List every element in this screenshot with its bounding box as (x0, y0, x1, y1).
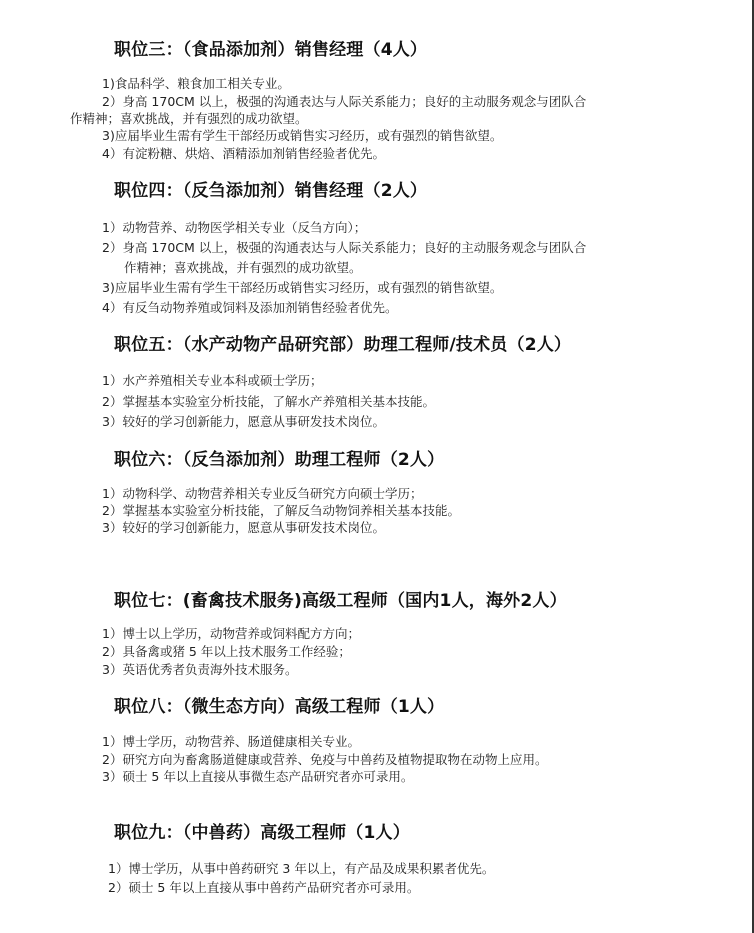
job-4-item-2: 2）身高 170CM 以上，极强的沟通表达与人际关系能力；良好的主动服务观念与团… (102, 239, 586, 256)
document-page: 职位三：（食品添加剂）销售经理（4人） 1)食品科学、粮食加工相关专业。 2）身… (0, 0, 754, 933)
job-3-item-3: 3)应届毕业生需有学生干部经历或销售实习经历，或有强烈的销售欲望。 (102, 127, 502, 144)
job-6-item-1: 1）动物科学、动物营养相关专业反刍研究方向硕士学历； (102, 485, 422, 502)
job-4-item-1: 1）动物营养、动物医学相关专业（反刍方向）； (102, 219, 366, 236)
job-9-item-2: 2）硕士 5 年以上直接从事中兽药产品研究者亦可录用。 (108, 879, 419, 896)
job-heading-6: 职位六：（反刍添加剂）助理工程师（2人） (114, 449, 444, 471)
job-4-item-3: 3)应届毕业生需有学生干部经历或销售实习经历，或有强烈的销售欲望。 (102, 279, 502, 296)
job-heading-8: 职位八：（微生态方向）高级工程师（1人） (114, 696, 444, 718)
job-5-item-3: 3）较好的学习创新能力，愿意从事研发技术岗位。 (102, 413, 385, 430)
job-5-item-1: 1）水产养殖相关专业本科或硕士学历； (102, 372, 322, 389)
job-8-item-3: 3）硕士 5 年以上直接从事微生态产品研究者亦可录用。 (102, 768, 413, 785)
job-6-item-3: 3）较好的学习创新能力，愿意从事研发技术岗位。 (102, 519, 385, 536)
job-heading-3: 职位三：（食品添加剂）销售经理（4人） (114, 39, 427, 61)
job-7-item-3: 3）英语优秀者负责海外技术服务。 (102, 661, 297, 678)
job-3-item-4: 4）有淀粉糖、烘焙、酒精添加剂销售经验者优先。 (102, 145, 385, 162)
job-3-item-1: 1)食品科学、粮食加工相关专业。 (102, 75, 290, 92)
job-9-item-1: 1）博士学历，从事中兽药研究 3 年以上，有产品及成果积累者优先。 (108, 860, 494, 877)
job-5-item-2: 2）掌握基本实验室分析技能，了解水产养殖相关基本技能。 (102, 393, 435, 410)
job-heading-9: 职位九：（中兽药）高级工程师（1人） (114, 822, 410, 844)
job-8-item-1: 1）博士学历，动物营养、肠道健康相关专业。 (102, 733, 360, 750)
job-4-item-2-cont: 作精神；喜欢挑战，并有强烈的成功欲望。 (124, 259, 362, 276)
job-4-item-4: 4）有反刍动物养殖或饲料及添加剂销售经验者优先。 (102, 299, 397, 316)
job-3-item-2-cont: 作精神；喜欢挑战，并有强烈的成功欲望。 (70, 110, 308, 127)
job-heading-7: 职位七：(畜禽技术服务)高级工程师（国内1人，海外2人） (114, 590, 567, 612)
job-heading-5: 职位五：（水产动物产品研究部）助理工程师/技术员（2人） (114, 334, 571, 356)
job-6-item-2: 2）掌握基本实验室分析技能，了解反刍动物饲养相关基本技能。 (102, 502, 460, 519)
job-3-item-2: 2）身高 170CM 以上，极强的沟通表达与人际关系能力；良好的主动服务观念与团… (102, 93, 586, 110)
job-heading-4: 职位四：（反刍添加剂）销售经理（2人） (114, 180, 427, 202)
job-8-item-2: 2）研究方向为畜禽肠道健康或营养、免疫与中兽药及植物提取物在动物上应用。 (102, 751, 547, 768)
job-7-item-1: 1）博士以上学历，动物营养或饲料配方方向； (102, 625, 360, 642)
job-7-item-2: 2）具备禽或猪 5 年以上技术服务工作经验； (102, 643, 351, 660)
